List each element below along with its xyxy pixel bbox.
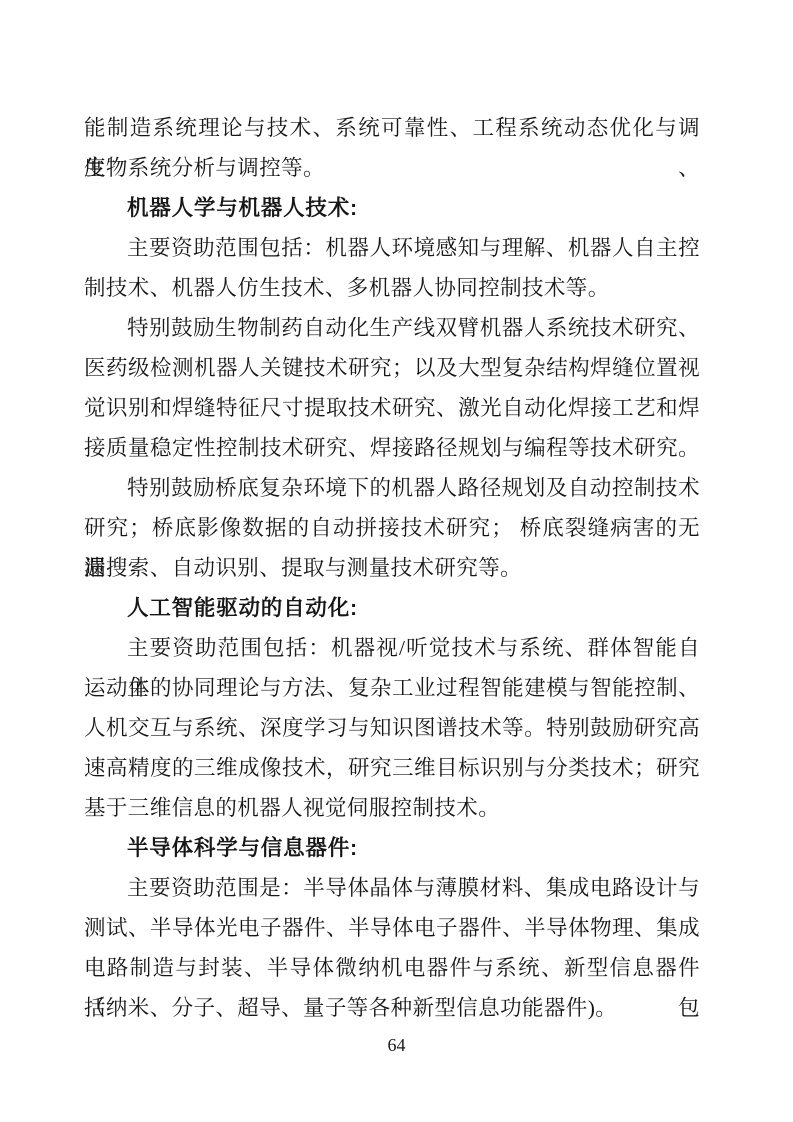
text-line: 主要资助范围包括：机器视/听觉技术与系统、群体智能自主 — [84, 628, 700, 668]
text-line: 速高精度的三维成像技术，研究三维目标识别与分类技术；研究 — [84, 748, 700, 788]
text-block: 能制造系统理论与技术、系统可靠性、工程系统动态优化与调度、 生物系统分析与调控等… — [84, 108, 700, 1028]
text-line: 觉识别和焊缝特征尺寸提取技术研究、激光自动化焊接工艺和焊 — [84, 388, 700, 428]
section-heading-semiconductor: 半导体科学与信息器件: — [84, 828, 700, 868]
document-page: 能制造系统理论与技术、系统可靠性、工程系统动态优化与调度、 生物系统分析与调控等… — [0, 0, 793, 1122]
text-line: 特别鼓励生物制药自动化生产线双臂机器人系统技术研究、 — [84, 308, 700, 348]
text-line: 制技术、机器人仿生技术、多机器人协同控制技术等。 — [84, 268, 700, 308]
text-line: 测试、半导体光电子器件、半导体电子器件、半导体物理、集成 — [84, 908, 700, 948]
text-line: 研究；桥底影像数据的自动拼接技术研究； 桥底裂缝病害的无遗 — [84, 508, 700, 548]
text-line: 主要资助范围包括：机器人环境感知与理解、机器人自主控 — [84, 228, 700, 268]
text-line: 基于三维信息的机器人视觉伺服控制技术。 — [84, 788, 700, 828]
text-line: 医药级检测机器人关键技术研究；以及大型复杂结构焊缝位置视 — [84, 348, 700, 388]
section-heading-robotics: 机器人学与机器人技术: — [84, 188, 700, 228]
text-line: 能制造系统理论与技术、系统可靠性、工程系统动态优化与调度、 — [84, 108, 700, 148]
text-line: 运动体的协同理论与方法、复杂工业过程智能建模与智能控制、 — [84, 668, 700, 708]
text-line: 电路制造与封装、半导体微纳机电器件与系统、新型信息器件（包 — [84, 948, 700, 988]
text-line: 接质量稳定性控制技术研究、焊接路径规划与编程等技术研究。 — [84, 428, 700, 468]
text-line: 特别鼓励桥底复杂环境下的机器人路径规划及自动控制技术 — [84, 468, 700, 508]
section-heading-ai-automation: 人工智能驱动的自动化: — [84, 588, 700, 628]
page-number: 64 — [0, 1032, 793, 1058]
text-line: 主要资助范围是：半导体晶体与薄膜材料、集成电路设计与 — [84, 868, 700, 908]
text-line: 漏搜索、自动识别、提取与测量技术研究等。 — [84, 548, 700, 588]
text-line: 人机交互与系统、深度学习与知识图谱技术等。特别鼓励研究高 — [84, 708, 700, 748]
text-line: 括纳米、分子、超导、量子等各种新型信息功能器件)。 — [84, 988, 700, 1028]
